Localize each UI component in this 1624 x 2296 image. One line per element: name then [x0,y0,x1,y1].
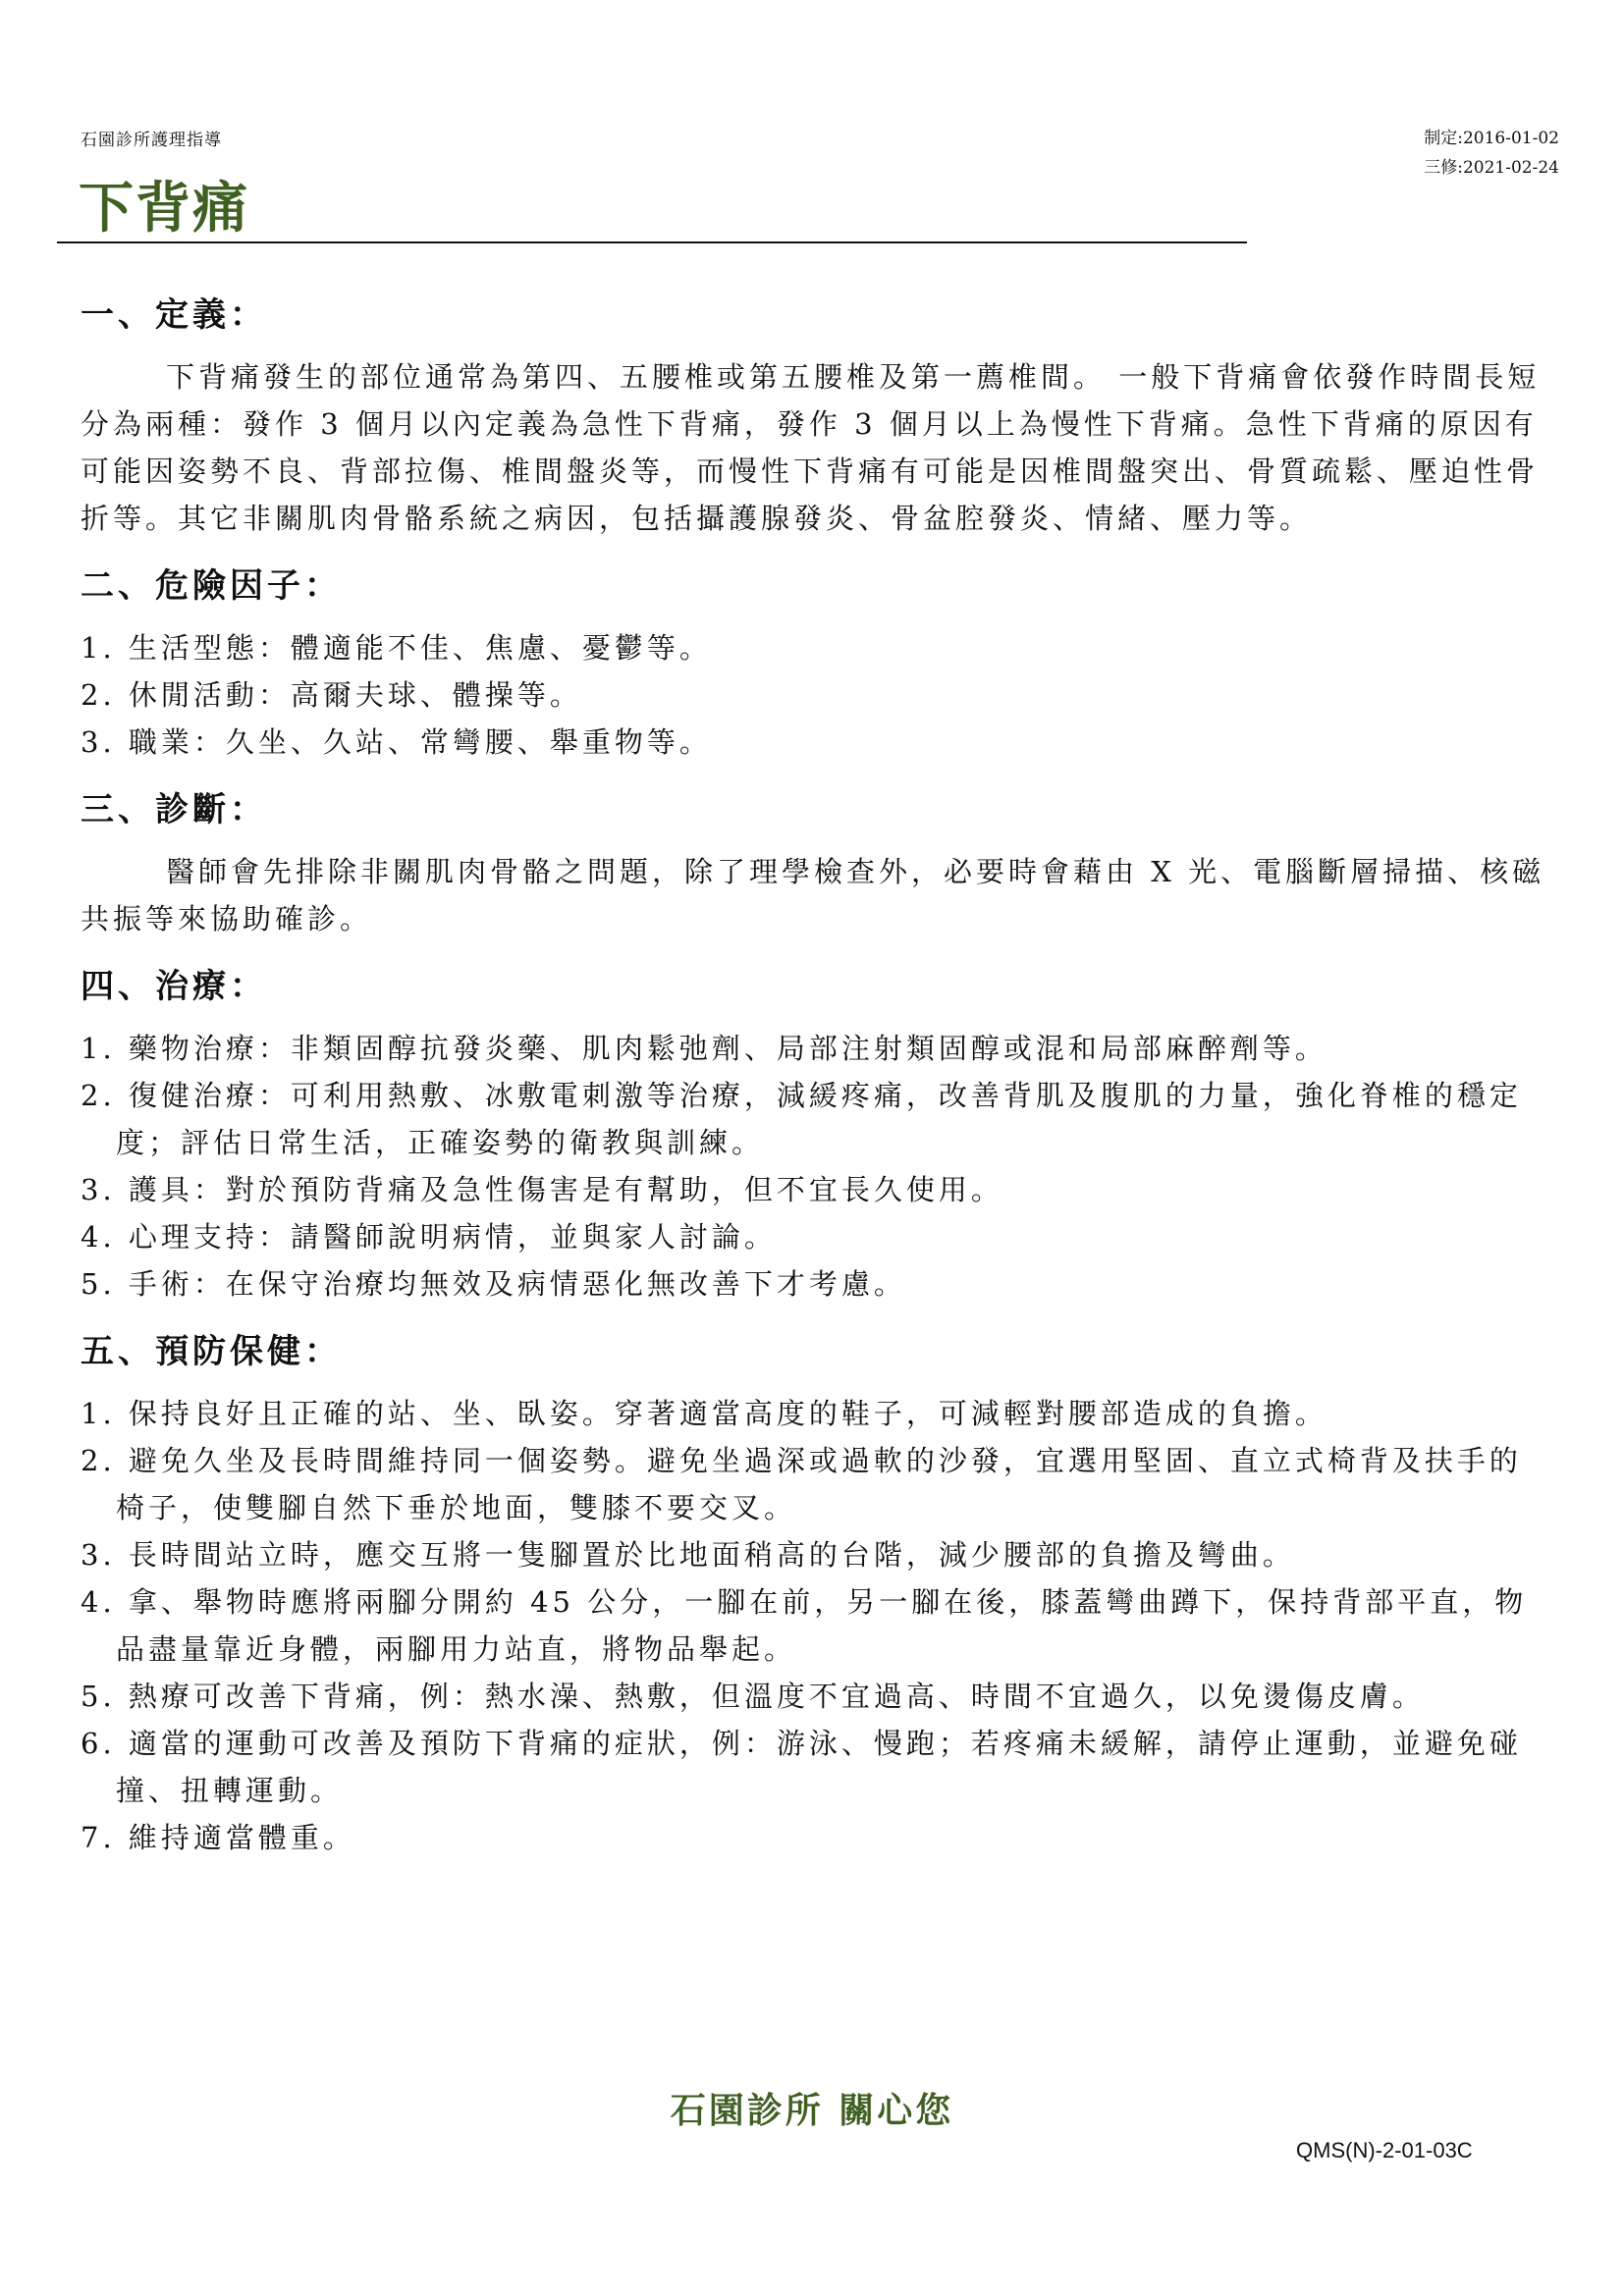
prevention-list: 1. 保持良好且正確的站、坐、臥姿。穿著適當高度的鞋子，可減輕對腰部造成的負擔。… [81,1390,1553,1861]
section-heading: 二、危險因子： [81,556,1553,616]
document-body: 一、定義： 下背痛發生的部位通常為第四、五腰椎或第五腰椎及第一薦椎間。 一般下背… [81,285,1553,1875]
list-item: 6. 適當的運動可改善及預防下背痛的症狀，例：游泳、慢跑；若疼痛未緩解，請停止運… [81,1720,1553,1814]
risk-factor-list: 1. 生活型態：體適能不佳、焦慮、憂鬱等。 2. 休閒活動：高爾夫球、體操等。 … [81,624,1553,766]
section-diagnosis: 三、診斷： 醫師會先排除非關肌肉骨骼之問題，除了理學檢查外，必要時會藉由 X 光… [81,779,1553,942]
list-item: 1. 生活型態：體適能不佳、焦慮、憂鬱等。 [81,624,1553,671]
document-code: QMS(N)-2-01-03C [1296,2138,1473,2163]
list-item: 3. 護具：對於預防背痛及急性傷害是有幫助，但不宜長久使用。 [81,1166,1553,1213]
section-prevention: 五、預防保健： 1. 保持良好且正確的站、坐、臥姿。穿著適當高度的鞋子，可減輕對… [81,1321,1553,1861]
treatment-list: 1. 藥物治療：非類固醇抗發炎藥、肌肉鬆弛劑、局部注射類固醇或混和局部麻醉劑等。… [81,1025,1553,1308]
section-heading: 三、診斷： [81,779,1553,840]
list-item: 3. 長時間站立時，應交互將一隻腳置於比地面稍高的台階，減少腰部的負擔及彎曲。 [81,1531,1553,1578]
list-item: 2. 避免久坐及長時間維持同一個姿勢。避免坐過深或過軟的沙發，宜選用堅固、直立式… [81,1437,1553,1531]
list-item: 2. 休閒活動：高爾夫球、體操等。 [81,671,1553,719]
title-divider [57,241,1247,243]
section-heading: 一、定義： [81,285,1553,346]
list-item: 4. 拿、舉物時應將兩腳分開約 45 公分，一腳在前，另一腳在後，膝蓋彎曲蹲下，… [81,1578,1553,1673]
list-item: 7. 維持適當體重。 [81,1814,1553,1861]
section-risk-factors: 二、危險因子： 1. 生活型態：體適能不佳、焦慮、憂鬱等。 2. 休閒活動：高爾… [81,556,1553,766]
list-item: 5. 手術：在保守治療均無效及病情惡化無改善下才考慮。 [81,1260,1553,1308]
list-item: 2. 復健治療：可利用熱敷、冰敷電刺激等治療，減緩疼痛，改善背肌及腹肌的力量，強… [81,1072,1553,1166]
revised-date: 三修:2021-02-24 [1424,153,1559,183]
list-item: 1. 保持良好且正確的站、坐、臥姿。穿著適當高度的鞋子，可減輕對腰部造成的負擔。 [81,1390,1553,1437]
list-item: 3. 職業：久坐、久站、常彎腰、舉重物等。 [81,719,1553,766]
list-item: 5. 熱療可改善下背痛，例：熱水澡、熱敷，但溫度不宜過高、時間不宜過久，以免燙傷… [81,1673,1553,1720]
section-heading: 四、治療： [81,956,1553,1017]
header-dates: 制定:2016-01-02 三修:2021-02-24 [1424,124,1559,183]
header-org-guide: 石園診所護理指導 [81,126,222,150]
created-date: 制定:2016-01-02 [1424,124,1559,153]
section-definition: 一、定義： 下背痛發生的部位通常為第四、五腰椎或第五腰椎及第一薦椎間。 一般下背… [81,285,1553,542]
page-title: 下背痛 [79,165,249,243]
list-item: 1. 藥物治療：非類固醇抗發炎藥、肌肉鬆弛劑、局部注射類固醇或混和局部麻醉劑等。 [81,1025,1553,1072]
section-paragraph: 醫師會先排除非關肌肉骨骼之問題，除了理學檢查外，必要時會藉由 X 光、電腦斷層掃… [81,848,1553,942]
footer-slogan: 石園診所 關心您 [0,2083,1624,2133]
section-paragraph: 下背痛發生的部位通常為第四、五腰椎或第五腰椎及第一薦椎間。 一般下背痛會依發作時… [81,353,1553,542]
list-item: 4. 心理支持：請醫師說明病情，並與家人討論。 [81,1213,1553,1260]
section-heading: 五、預防保健： [81,1321,1553,1382]
section-treatment: 四、治療： 1. 藥物治療：非類固醇抗發炎藥、肌肉鬆弛劑、局部注射類固醇或混和局… [81,956,1553,1308]
